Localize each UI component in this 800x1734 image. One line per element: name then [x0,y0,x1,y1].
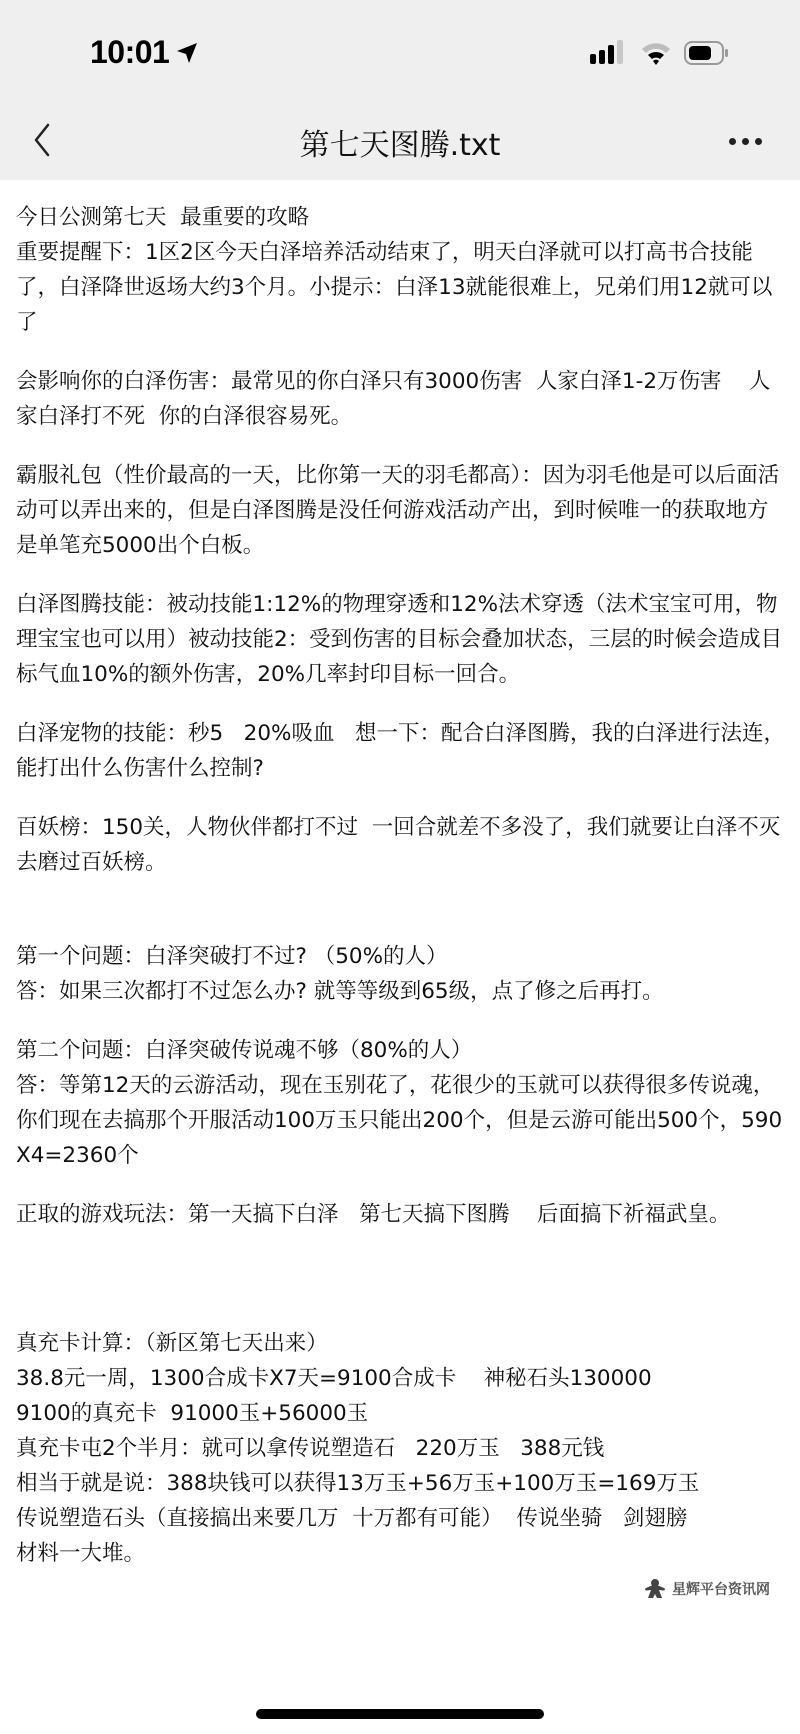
home-indicator[interactable] [256,1709,544,1719]
status-bar: 10:01 [0,0,800,100]
clock-text: 10:01 [90,34,169,71]
paragraph-card-calculation: 真充卡计算：（新区第七天出来） 38.8元一周，1300合成卡X7天=9100合… [16,1326,786,1571]
paragraph-totem-skills: 白泽图腾技能：被动技能1:12%的物理穿透和12%法术穿透（法术宝宝可用，物理宝… [16,587,786,692]
status-time: 10:01 [90,34,199,71]
status-icons [590,40,730,66]
wifi-icon [640,40,672,66]
more-horizontal-icon-dot [729,138,736,145]
paragraph-hundred-demons: 百妖榜：150关，人物伙伴都打不过 一回合就差不多没了，我们就要让白泽不灭去磨过… [16,810,786,880]
paragraph-intro: 今日公测第七天 最重要的攻略 重要提醒下：1区2区今天白泽培养活动结束了，明天白… [16,200,786,340]
cellular-signal-icon [590,40,628,66]
more-options-button[interactable] [720,126,770,156]
watermark-text: 星辉平台资讯网 [672,1579,770,1599]
paragraph-gift-pack: 霸服礼包（性价最高的一天，比你第一天的羽毛都高）：因为羽毛他是可以后面活动可以弄… [16,458,786,563]
paragraph-pet-skills: 白泽宠物的技能：秒5 20%吸血 想一下：配合白泽图腾，我的白泽进行法连，能打出… [16,716,786,786]
location-arrow-icon [175,41,199,65]
document-body: 今日公测第七天 最重要的攻略 重要提醒下：1区2区今天白泽培养活动结束了，明天白… [16,200,786,1571]
watermark: 星辉平台资讯网 [644,1578,770,1600]
paragraph-gameplay: 正取的游戏玩法：第一天搞下白泽 第七天搞下图腾 后面搞下祈福武皇。 [16,1197,786,1232]
more-horizontal-icon-dot [742,138,749,145]
meeple-icon [644,1578,666,1600]
battery-icon [684,40,730,66]
paragraph-damage: 会影响你的白泽伤害：最常见的你白泽只有3000伤害 人家白泽1-2万伤害 人家白… [16,364,786,434]
more-horizontal-icon-dot [755,138,762,145]
paragraph-question-one: 第一个问题：白泽突破打不过? （50%的人） 答：如果三次都打不过怎么办? 就等… [16,939,786,1009]
paragraph-question-two: 第二个问题：白泽突破传说魂不够（80%的人） 答：等第12天的云游活动，现在玉别… [16,1033,786,1173]
page-title: 第七天图腾.txt [0,120,800,164]
navigation-bar: 第七天图腾.txt [0,100,800,180]
